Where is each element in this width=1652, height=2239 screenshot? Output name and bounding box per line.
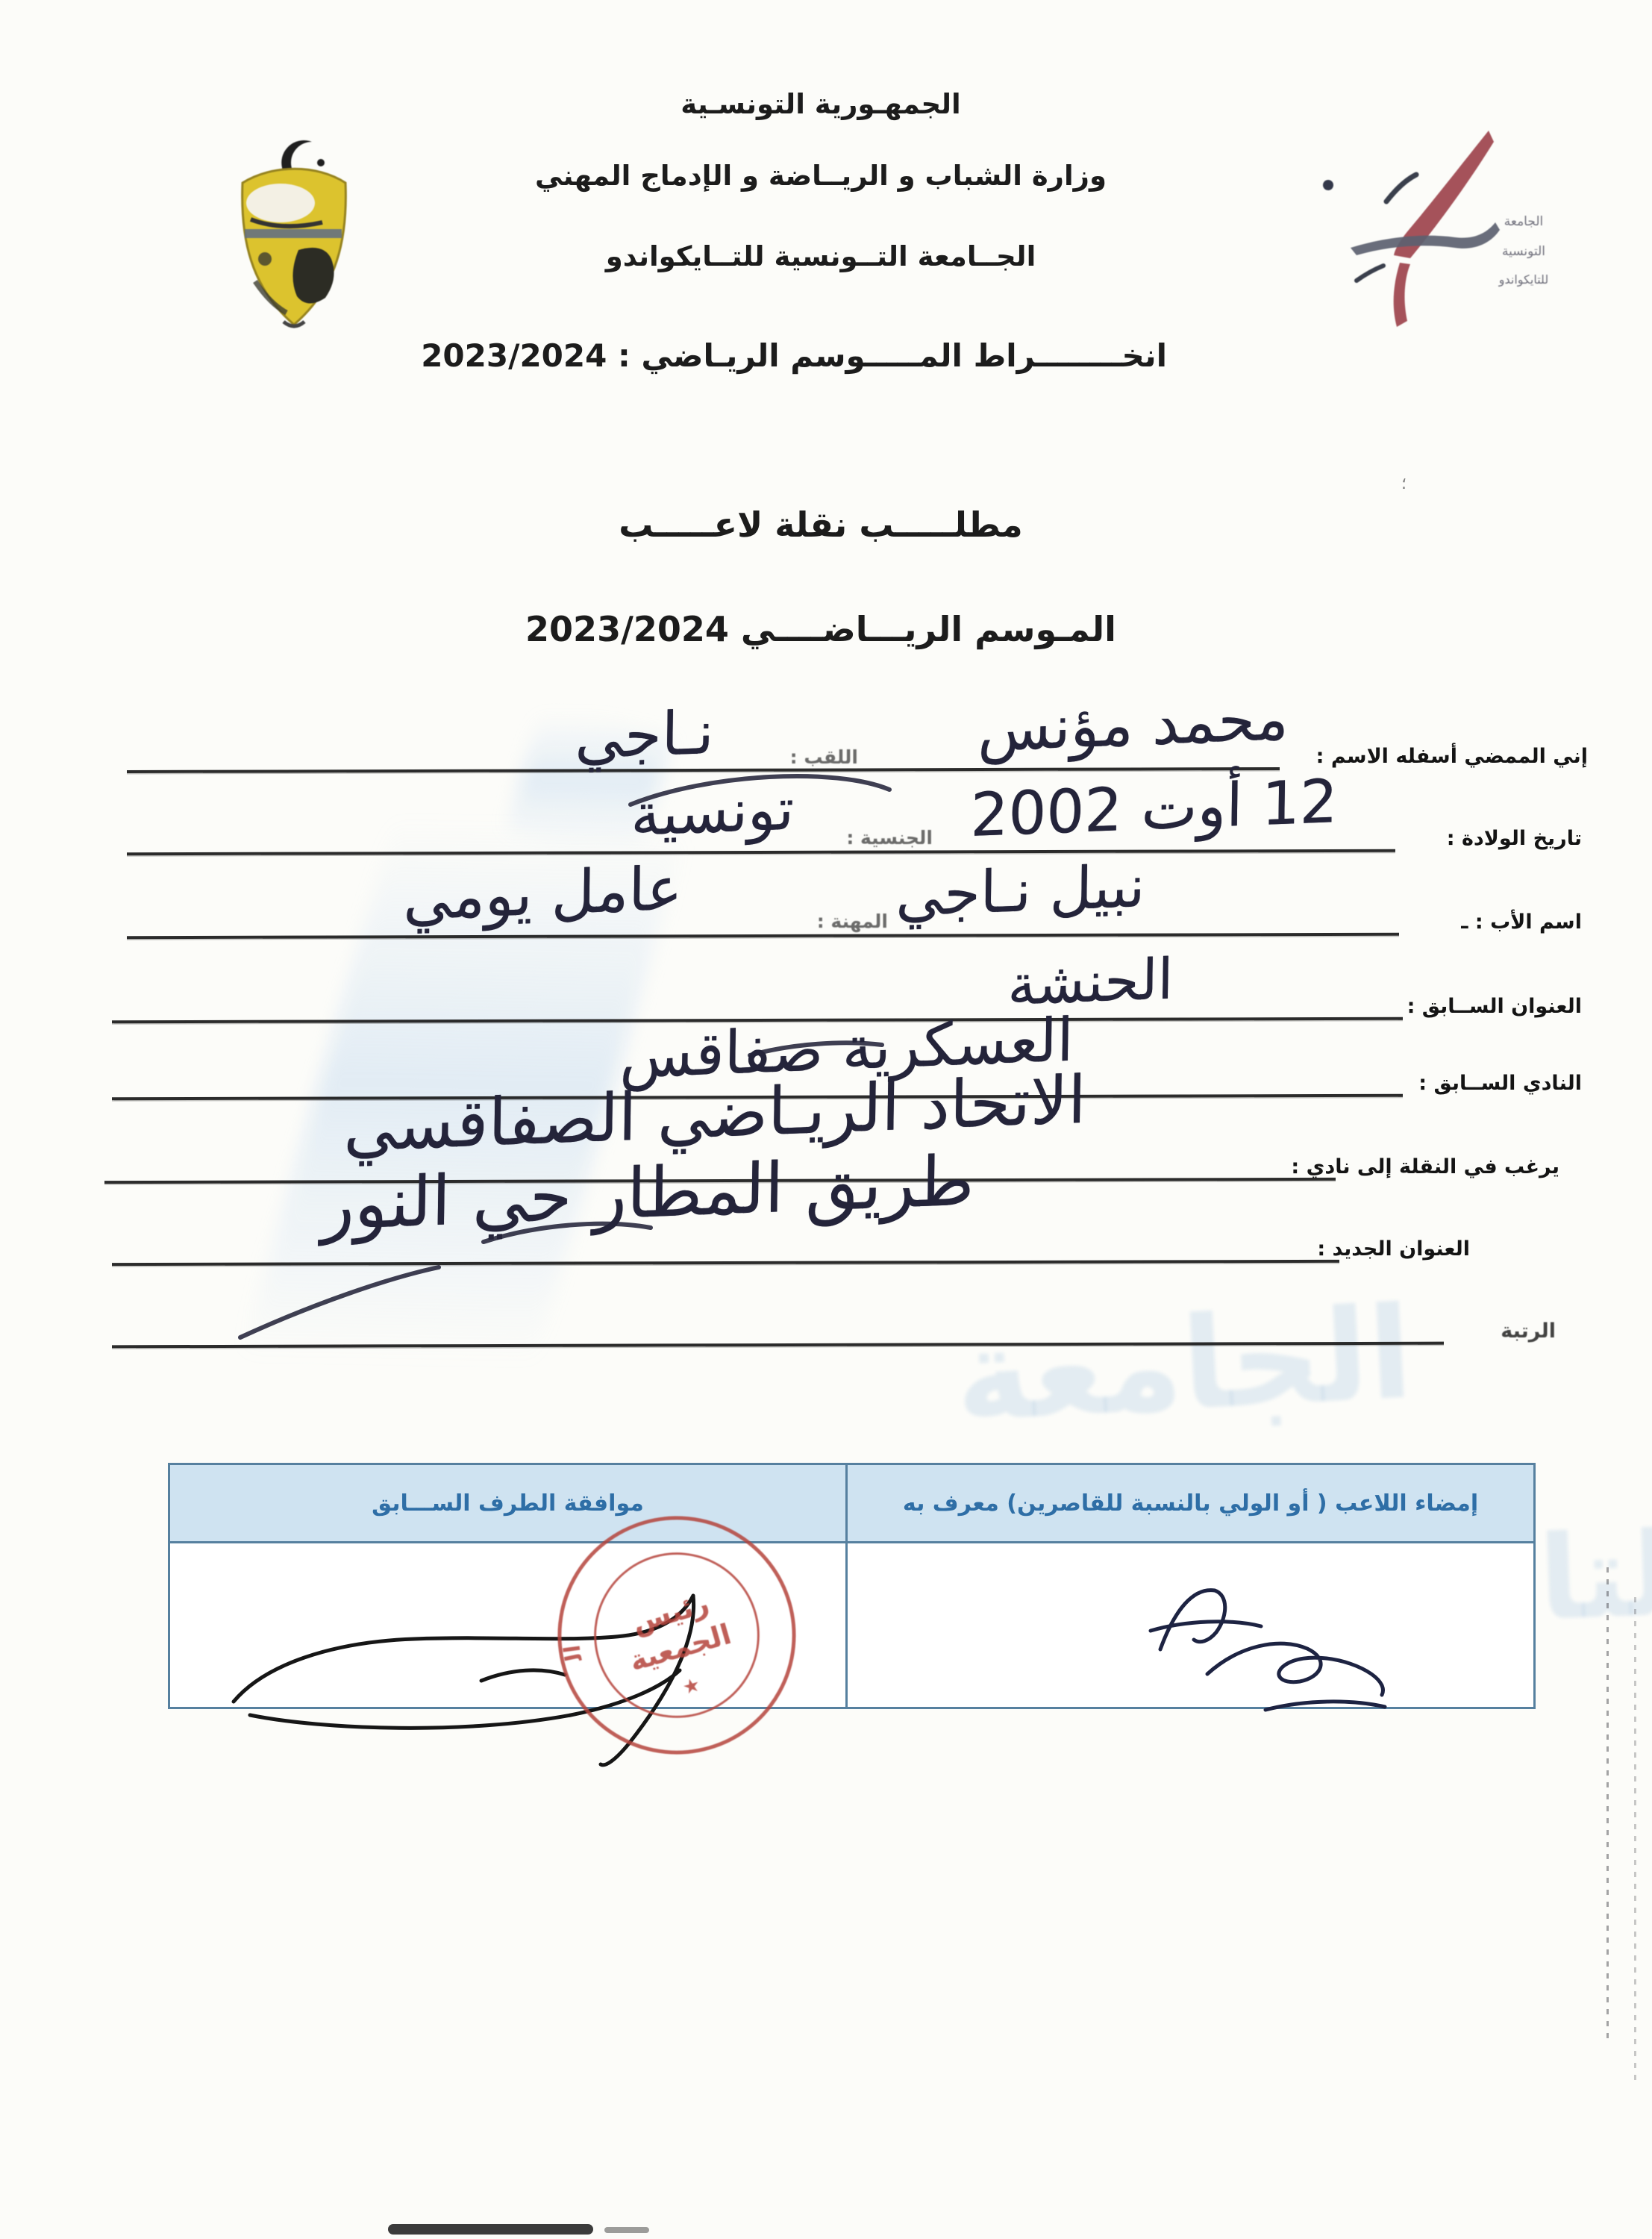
scan-speck: ؛ (1401, 475, 1407, 493)
table-header-label: إمضاء اللاعب ( أو الولي بالنسبة للقاصرين… (903, 1490, 1478, 1517)
player-signature (1119, 1556, 1433, 1735)
scan-artifact-line (1634, 1597, 1636, 2082)
scanned-transfer-form-page: الجامعة للتايكواندو الجامعة التونسية (0, 0, 1652, 2239)
scan-artifact-line (1606, 1567, 1609, 2045)
scan-edge-smudge (388, 2224, 593, 2235)
pen-stroke-overlay (0, 0, 1652, 2239)
table-header-label: موافقة الطرف الســـابق (372, 1490, 644, 1517)
scan-edge-smudge (604, 2227, 649, 2233)
table-header-player-signature: إمضاء اللاعب ( أو الولي بالنسبة للقاصرين… (845, 1465, 1533, 1543)
stamp-star: ★ (680, 1673, 703, 1699)
